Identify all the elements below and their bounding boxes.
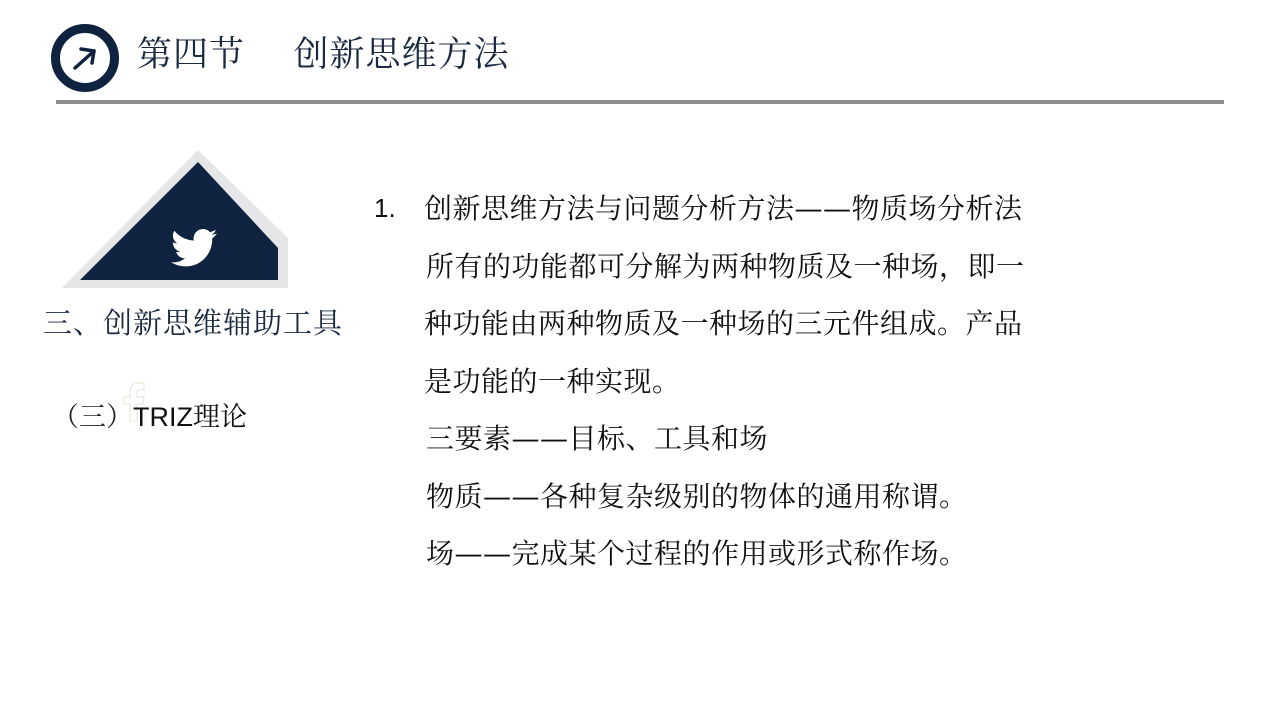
sub-heading: （三）TRIZ理论 [52,398,247,437]
header-divider [56,100,1224,104]
arrow-up-right-icon [70,43,100,73]
content-line: 物质——各种复杂级别的物体的通用称谓。 [374,468,1114,526]
sub-heading-latin: TRIZ [133,402,193,432]
content-line: 三要素——目标、工具和场 [374,410,1114,468]
sub-heading-paren: （三） [52,402,133,433]
section-heading: 三、创新思维辅助工具 [43,303,343,343]
twitter-icon [171,228,217,268]
arrow-circle-icon [51,24,119,92]
content-body: 1. 创新思维方法与问题分析方法——物质场分析法 所有的功能都可分解为两种物质及… [374,180,1114,583]
content-line: 场——完成某个过程的作用或形式称作场。 [374,525,1114,583]
content-line: 是功能的一种实现。 [374,353,1114,411]
content-line: 所有的功能都可分解为两种物质及一种场，即一 [374,238,1114,296]
list-number: 1. [374,180,396,238]
content-line-heading: 创新思维方法与问题分析方法——物质场分析法 [374,180,1114,238]
page-title: 第四节 创新思维方法 [137,33,510,77]
sub-heading-tail: 理论 [193,402,247,433]
content-line: 种功能由两种物质及一种场的三元件组成。产品 [374,295,1114,353]
